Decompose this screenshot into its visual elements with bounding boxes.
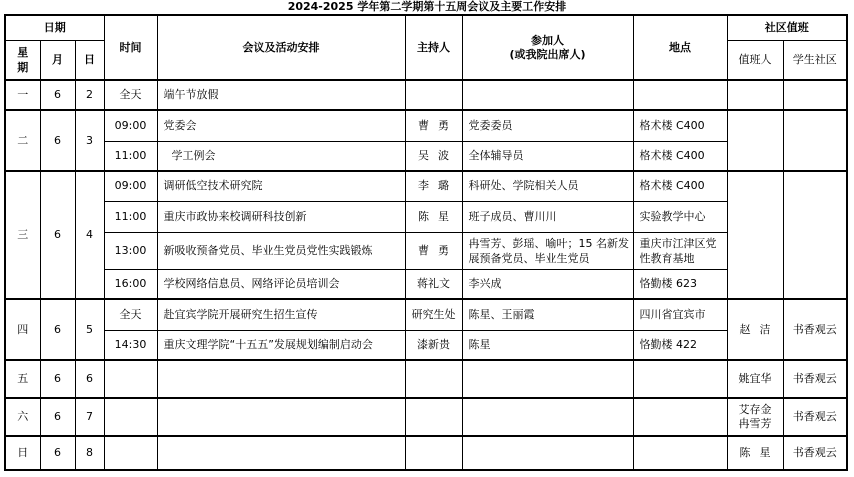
table-row: 13:00 新吸收预备党员、毕业生党员党性实践锻炼 曹勇 冉雪芳、彭瑶、喻叶；1…: [5, 232, 847, 269]
location-cell: 四川省宜宾市: [633, 299, 727, 330]
location-cell: 恪勤楼 422: [633, 330, 727, 360]
event-cell: [157, 436, 405, 470]
header-weekday: 星期: [5, 40, 40, 80]
table-row: 二 6 3 09:00 党委会 曹勇 党委委员 格术楼 C400: [5, 110, 847, 141]
duty-person-line2: 冉雪芳: [739, 417, 772, 430]
location-cell: 格术楼 C400: [633, 171, 727, 201]
event-cell: 新吸收预备党员、毕业生党员党性实践锻炼: [157, 232, 405, 269]
participants-cell: 班子成员、曹川川: [462, 201, 633, 232]
location-cell: 恪勤楼 623: [633, 269, 727, 299]
day-cell: 6: [75, 360, 104, 398]
time-cell: 全天: [104, 80, 157, 110]
time-cell: 全天: [104, 299, 157, 330]
weekday-cell: 三: [5, 171, 40, 299]
month-cell: 6: [40, 299, 75, 360]
header-host: 主持人: [405, 15, 462, 80]
table-row: 四 6 5 全天 赴宜宾学院开展研究生招生宣传 研究生处 陈星、王丽霞 四川省宜…: [5, 299, 847, 330]
community-cell: [783, 80, 847, 110]
header-duty: 社区值班: [727, 15, 847, 40]
day-cell: 5: [75, 299, 104, 360]
host-cell: 陈星: [405, 201, 462, 232]
participants-cell: 党委委员: [462, 110, 633, 141]
weekday-cell: 二: [5, 110, 40, 171]
time-cell: 09:00: [104, 171, 157, 201]
host-cell: 蒋礼文: [405, 269, 462, 299]
participants-cell: 全体辅导员: [462, 141, 633, 171]
day-cell: 3: [75, 110, 104, 171]
header-participants-line2: (或我院出席人): [509, 48, 585, 61]
weekday-cell: 一: [5, 80, 40, 110]
duty-person-cell: 赵洁: [727, 299, 783, 360]
weekday-cell: 五: [5, 360, 40, 398]
community-cell: 书香观云: [783, 360, 847, 398]
location-cell: [633, 80, 727, 110]
header-time: 时间: [104, 15, 157, 80]
event-cell: 重庆市政协来校调研科技创新: [157, 201, 405, 232]
time-cell: [104, 398, 157, 436]
participants-cell: [462, 398, 633, 436]
table-row: 16:00 学校网络信息员、网络评论员培训会 蒋礼文 李兴成 恪勤楼 623: [5, 269, 847, 299]
participants-cell: 科研处、学院相关人员: [462, 171, 633, 201]
participants-cell: 陈星: [462, 330, 633, 360]
header-participants-line1: 参加人: [531, 34, 564, 47]
duty-person-cell: [727, 80, 783, 110]
location-cell: 重庆市江津区党性教育基地: [633, 232, 727, 269]
header-community: 学生社区: [783, 40, 847, 80]
header-participants: 参加人 (或我院出席人): [462, 15, 633, 80]
event-cell: 端午节放假: [157, 80, 405, 110]
duty-person-cell: 姚宜华: [727, 360, 783, 398]
event-cell: 学校网络信息员、网络评论员培训会: [157, 269, 405, 299]
day-cell: 2: [75, 80, 104, 110]
participants-cell: 李兴成: [462, 269, 633, 299]
participants-cell: 冉雪芳、彭瑶、喻叶；15 名新发展预备党员、毕业生党员: [462, 232, 633, 269]
location-cell: [633, 436, 727, 470]
header-day: 日: [75, 40, 104, 80]
event-cell: 党委会: [157, 110, 405, 141]
host-cell: [405, 360, 462, 398]
duty-person-cell: [727, 110, 783, 171]
event-cell: [157, 360, 405, 398]
weekday-cell: 六: [5, 398, 40, 436]
month-cell: 6: [40, 171, 75, 299]
time-cell: 09:00: [104, 110, 157, 141]
participants-cell: 陈星、王丽霞: [462, 299, 633, 330]
community-cell: [783, 110, 847, 171]
community-cell: 书香观云: [783, 436, 847, 470]
table-row: 六 6 7 艾存金 冉雪芳 书香观云: [5, 398, 847, 436]
day-cell: 8: [75, 436, 104, 470]
host-cell: 研究生处: [405, 299, 462, 330]
host-cell: [405, 398, 462, 436]
participants-cell: [462, 360, 633, 398]
participants-cell: [462, 80, 633, 110]
schedule-table: 日期 时间 会议及活动安排 主持人 参加人 (或我院出席人) 地点 社区值班 星…: [4, 14, 848, 471]
table-row: 14:30 重庆文理学院“十五五”发展规划编制启动会 漆新贵 陈星 恪勤楼 42…: [5, 330, 847, 360]
weekday-cell: 日: [5, 436, 40, 470]
community-cell: 书香观云: [783, 398, 847, 436]
header-location: 地点: [633, 15, 727, 80]
header-event: 会议及活动安排: [157, 15, 405, 80]
event-cell: [157, 398, 405, 436]
host-cell: 漆新贵: [405, 330, 462, 360]
host-cell: 曹勇: [405, 232, 462, 269]
time-cell: 13:00: [104, 232, 157, 269]
host-cell: [405, 80, 462, 110]
location-cell: 实验教学中心: [633, 201, 727, 232]
event-cell: 学工例会: [157, 141, 405, 171]
page-title: 2024-2025 学年第二学期第十五周会议及主要工作安排: [0, 0, 854, 14]
event-cell: 重庆文理学院“十五五”发展规划编制启动会: [157, 330, 405, 360]
month-cell: 6: [40, 110, 75, 171]
month-cell: 6: [40, 80, 75, 110]
day-cell: 7: [75, 398, 104, 436]
time-cell: 11:00: [104, 141, 157, 171]
table-row: 五 6 6 姚宜华 书香观云: [5, 360, 847, 398]
month-cell: 6: [40, 436, 75, 470]
header-month: 月: [40, 40, 75, 80]
header-date: 日期: [5, 15, 104, 40]
location-cell: [633, 360, 727, 398]
time-cell: [104, 436, 157, 470]
time-cell: 16:00: [104, 269, 157, 299]
duty-person-cell: [727, 171, 783, 299]
location-cell: 格术楼 C400: [633, 110, 727, 141]
time-cell: 14:30: [104, 330, 157, 360]
host-cell: [405, 436, 462, 470]
table-row: 11:00 重庆市政协来校调研科技创新 陈星 班子成员、曹川川 实验教学中心: [5, 201, 847, 232]
location-cell: 格术楼 C400: [633, 141, 727, 171]
table-row: 三 6 4 09:00 调研低空技术研究院 李璐 科研处、学院相关人员 格术楼 …: [5, 171, 847, 201]
day-cell: 4: [75, 171, 104, 299]
weekday-cell: 四: [5, 299, 40, 360]
participants-cell: [462, 436, 633, 470]
community-cell: [783, 171, 847, 299]
community-cell: 书香观云: [783, 299, 847, 360]
event-cell: 赴宜宾学院开展研究生招生宣传: [157, 299, 405, 330]
host-cell: 吴波: [405, 141, 462, 171]
event-cell: 调研低空技术研究院: [157, 171, 405, 201]
month-cell: 6: [40, 360, 75, 398]
location-cell: [633, 398, 727, 436]
host-cell: 曹勇: [405, 110, 462, 141]
duty-person-cell: 陈星: [727, 436, 783, 470]
month-cell: 6: [40, 398, 75, 436]
table-row: 一 6 2 全天 端午节放假: [5, 80, 847, 110]
duty-person-line1: 艾存金: [739, 403, 772, 416]
table-row: 日 6 8 陈星 书香观云: [5, 436, 847, 470]
time-cell: 11:00: [104, 201, 157, 232]
header-duty-person: 值班人: [727, 40, 783, 80]
time-cell: [104, 360, 157, 398]
duty-person-cell: 艾存金 冉雪芳: [727, 398, 783, 436]
host-cell: 李璐: [405, 171, 462, 201]
table-row: 11:00 学工例会 吴波 全体辅导员 格术楼 C400: [5, 141, 847, 171]
